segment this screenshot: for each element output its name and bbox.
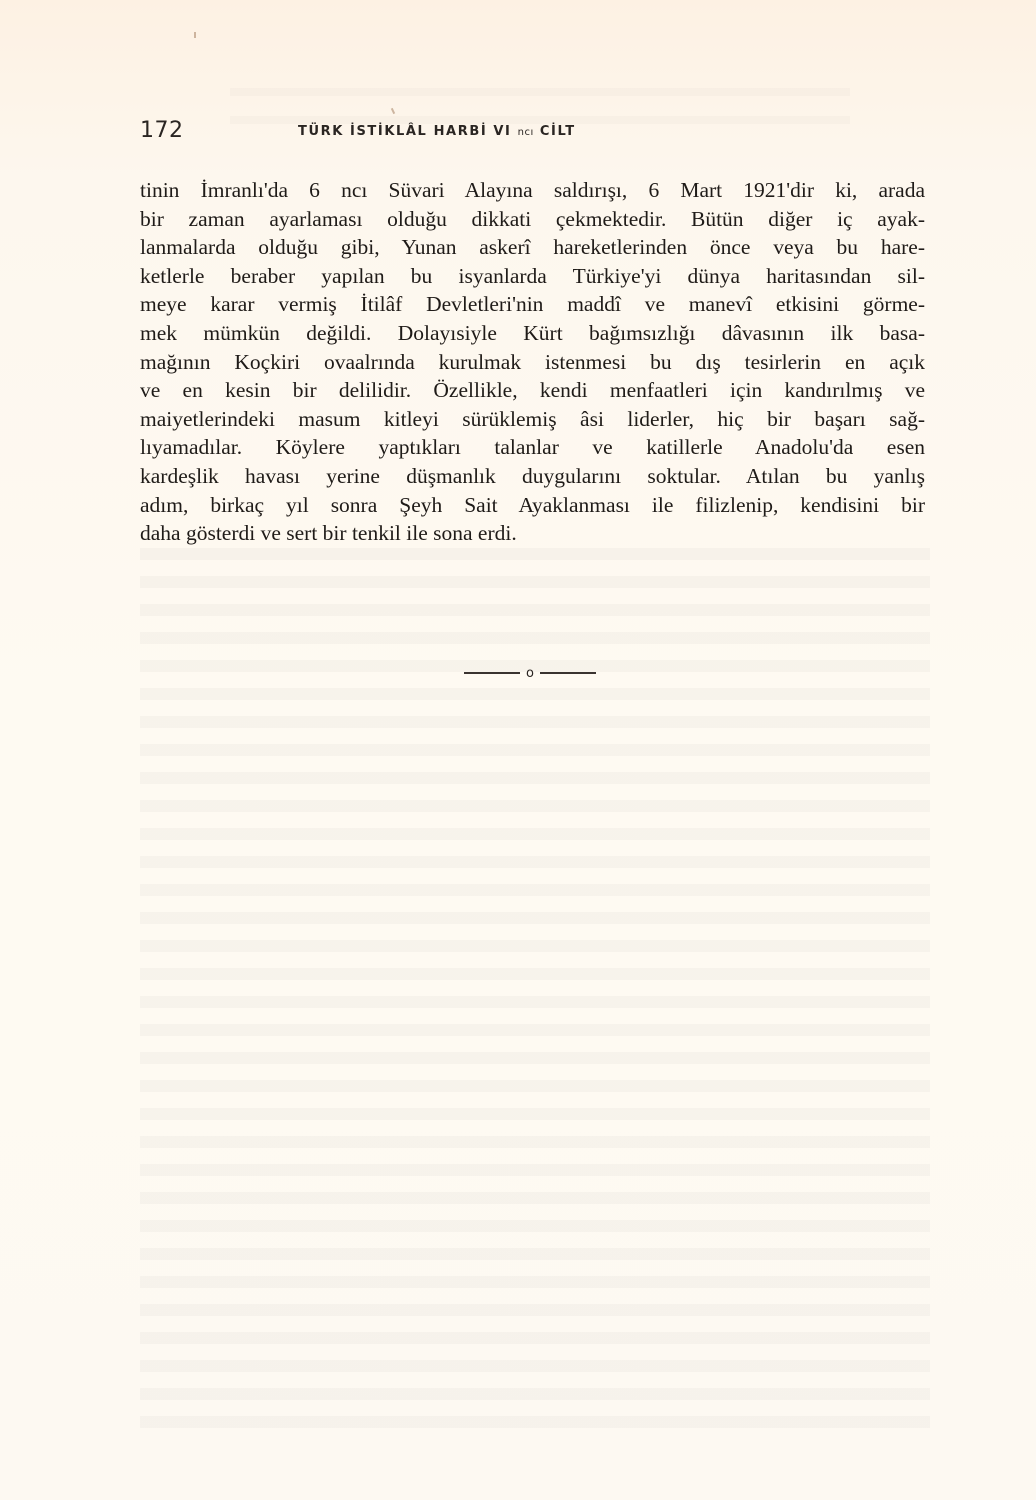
text-line: lanmalarda olduğu gibi, Yunan askerî har… bbox=[140, 233, 925, 262]
text-line: bir zaman ayarlaması olduğu dikkati çekm… bbox=[140, 205, 925, 234]
page-number: 172 bbox=[140, 118, 184, 143]
text-line: mek mümkün değildi. Dolayısiyle Kürt bağ… bbox=[140, 319, 925, 348]
text-line: ketlerle beraber yapılan bu isyanlarda T… bbox=[140, 262, 925, 291]
book-title-main: TÜRK İSTİKLÂL HARBİ VI bbox=[298, 124, 512, 139]
text-line: ve en kesin bir delilidir. Özellikle, ke… bbox=[140, 376, 925, 405]
separator-rule-right bbox=[540, 672, 596, 674]
text-line: lıyamadılar. Köylere yaptıkları talanlar… bbox=[140, 433, 925, 462]
text-line: mağının Koçkiri ovaalrında kurulmak iste… bbox=[140, 348, 925, 377]
text-line: tinin İmranlı'da 6 ncı Süvari Alayına sa… bbox=[140, 176, 925, 205]
running-head: 172 TÜRK İSTİKLÂL HARBİ VI ncı CİLT bbox=[140, 118, 930, 148]
text-line: kardeşlik havası yerine düşmanlık duygul… bbox=[140, 462, 925, 491]
book-title-ordinal: ncı bbox=[518, 127, 534, 138]
text-line: meye karar vermiş İtilâf Devletleri'nin … bbox=[140, 290, 925, 319]
body-paragraph: tinin İmranlı'da 6 ncı Süvari Alayına sa… bbox=[140, 176, 925, 548]
book-title: TÜRK İSTİKLÂL HARBİ VI ncı CİLT bbox=[298, 124, 576, 139]
section-separator: o bbox=[455, 665, 605, 681]
text-line: maiyetlerindeki masum kitleyi sürüklemiş… bbox=[140, 405, 925, 434]
separator-mark: o bbox=[526, 667, 534, 680]
separator-rule-left bbox=[464, 672, 520, 674]
book-title-volume: CİLT bbox=[540, 124, 576, 139]
text-line: daha gösterdi ve sert bir tenkil ile son… bbox=[140, 519, 925, 548]
paper-speck bbox=[194, 32, 196, 38]
text-line: adım, birkaç yıl sonra Şeyh Sait Ayaklan… bbox=[140, 491, 925, 520]
document-page: 172 TÜRK İSTİKLÂL HARBİ VI ncı CİLT tini… bbox=[0, 0, 1036, 1500]
